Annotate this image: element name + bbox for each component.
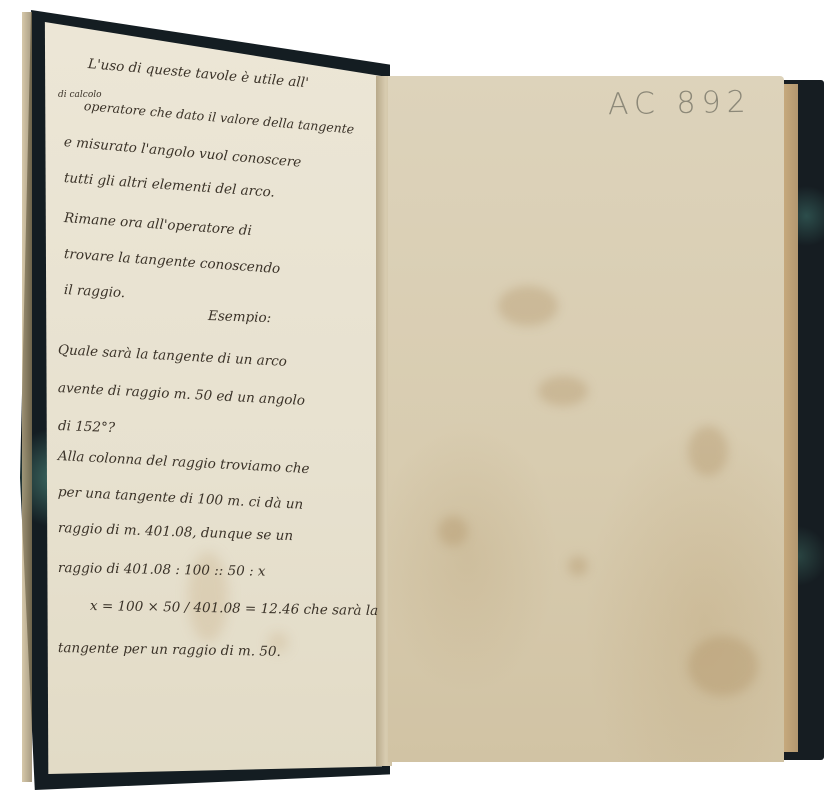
foxing-stain (498, 286, 558, 326)
foxing-stain (688, 426, 728, 476)
book-photo: AC 892 L'uso di queste tavole è utile al… (0, 0, 834, 800)
right-flyleaf (388, 76, 784, 762)
note-heading-example: Esempio: (208, 308, 272, 326)
library-call-number: AC 892 (608, 85, 752, 123)
note-line: di 152°? (58, 418, 116, 436)
page-block-edge (784, 84, 798, 752)
cover-edge-left (22, 12, 32, 782)
note-line: il raggio. (64, 282, 126, 301)
foxing-stain (538, 376, 588, 406)
foxing-stain (688, 636, 758, 696)
foxing-stain (568, 556, 588, 576)
foxing-stain (438, 516, 468, 546)
